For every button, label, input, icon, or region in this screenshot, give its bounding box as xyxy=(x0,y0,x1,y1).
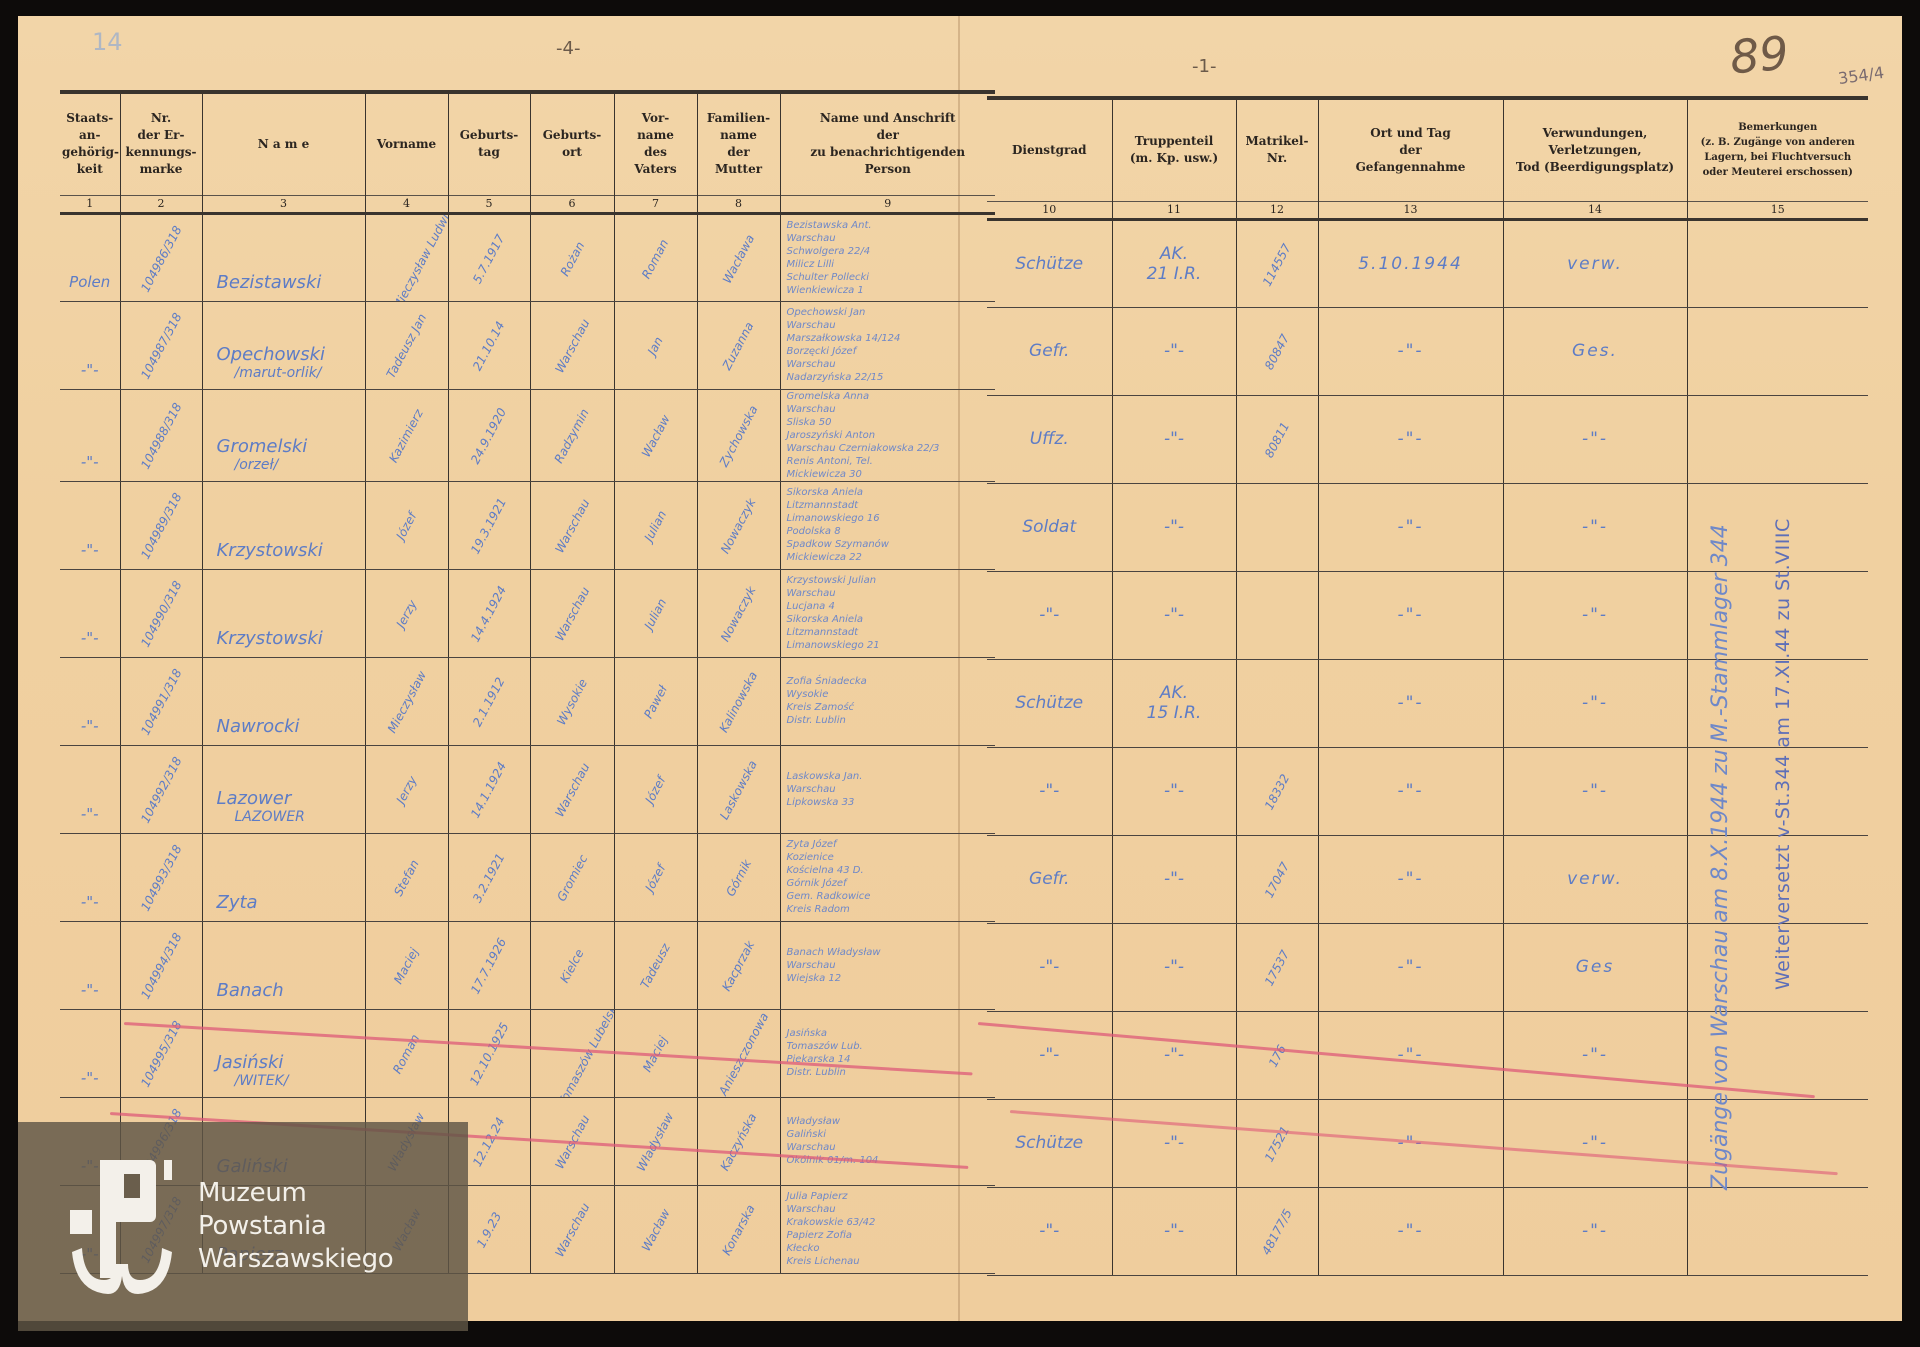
injury-value: Ges xyxy=(1576,957,1615,977)
unit-cell: -"- xyxy=(1112,395,1236,483)
matrikel-cell: 17537 xyxy=(1236,923,1318,1011)
column-header: Staats-an-gehörig-keit xyxy=(60,92,120,195)
column-number: 6 xyxy=(530,195,614,213)
rank-value: -"- xyxy=(1039,1045,1059,1065)
nationality-cell: -"- xyxy=(60,569,120,657)
tag-number-value: 104991/318 xyxy=(138,667,185,738)
contact-person-value: Bezistawska Ant.WarschauSchwolgera 22/4M… xyxy=(781,219,996,297)
rank-cell: Gefr. xyxy=(987,307,1112,395)
nationality-value: -"- xyxy=(60,541,120,559)
nationality-cell: -"- xyxy=(60,301,120,389)
tag-number-value: 104993/318 xyxy=(138,843,185,914)
column-header: Familien-namederMutter xyxy=(697,92,780,195)
injury-cell: Ges. xyxy=(1503,307,1687,395)
unit-value: -"- xyxy=(1113,1221,1236,1241)
capture-value: -"- xyxy=(1397,693,1423,713)
father-name-cell: Julian xyxy=(614,481,697,569)
table-row: -"-104987/318Opechowski/marut-orlik/Tade… xyxy=(60,301,995,389)
left-column-number-row: 123456789 xyxy=(60,195,995,213)
rank-value: -"- xyxy=(1039,605,1059,625)
unit-cell: -"- xyxy=(1112,835,1236,923)
nationality-cell: -"- xyxy=(60,481,120,569)
first-name-value: Tadeusz Jan xyxy=(384,311,430,380)
nationality-value: -"- xyxy=(60,717,120,735)
surname-cell: Gromelski/orzeł/ xyxy=(202,389,365,481)
column-header: Geburts-ort xyxy=(530,92,614,195)
father-name-cell: Józef xyxy=(614,745,697,833)
birth-date-value: 19.3.1921 xyxy=(468,496,509,557)
surname-cell: Jasiński/WITEK/ xyxy=(202,1009,365,1097)
surname-value: Jasiński/WITEK/ xyxy=(217,1052,289,1089)
remarks-cell xyxy=(1687,747,1868,835)
column-header: Ort und TagderGefangennahme xyxy=(1318,98,1503,201)
archive-number: 89 xyxy=(1728,26,1791,85)
table-row: Uffz.-"-80811-"--"- xyxy=(987,395,1868,483)
first-name-value: Józef xyxy=(394,510,420,542)
right-page-number: -1- xyxy=(1192,56,1216,77)
column-header: Nr.der Er-kennungs-marke xyxy=(120,92,202,195)
nationality-value: -"- xyxy=(60,805,120,823)
birth-date-value: 5.7.1917 xyxy=(470,232,507,286)
mother-name-value: Górnik xyxy=(723,857,754,898)
unit-value: -"- xyxy=(1113,429,1236,449)
unit-value: -"- xyxy=(1113,1133,1236,1153)
capture-value: -"- xyxy=(1397,517,1423,537)
birth-date-cell: 19.3.1921 xyxy=(448,481,530,569)
matrikel-cell: 80811 xyxy=(1236,395,1318,483)
surname-value: Zyta xyxy=(217,892,258,913)
watermark-line-3: Warszawskiego xyxy=(198,1243,393,1276)
mother-name-cell: Nowaczyk xyxy=(697,481,780,569)
surname-alias: /orzeł/ xyxy=(235,457,308,473)
unit-cell: AK.15 I.R. xyxy=(1112,659,1236,747)
injury-value: -"- xyxy=(1582,781,1608,801)
contact-person-value: Laskowska Jan.WarschauLipkowska 33 xyxy=(781,770,996,809)
unit-value: -"- xyxy=(1113,1045,1236,1065)
birth-place-value: Radzymin xyxy=(552,407,592,466)
first-name-cell: Kazimierz xyxy=(365,389,448,481)
birth-place-value: Warschau xyxy=(552,1201,592,1260)
unit-cell: -"- xyxy=(1112,571,1236,659)
unit-value: -"- xyxy=(1113,517,1236,537)
mother-name-value: Wacława xyxy=(720,232,757,285)
column-number: 11 xyxy=(1112,201,1236,219)
column-header: Matrikel-Nr. xyxy=(1236,98,1318,201)
right-header-row: DienstgradTruppenteil(m. Kp. usw.)Matrik… xyxy=(987,98,1868,201)
injury-value: -"- xyxy=(1582,693,1608,713)
contact-person-value: Opechowski JanWarschauMarszałkowska 14/1… xyxy=(781,306,996,384)
matrikel-cell xyxy=(1236,483,1318,571)
birth-place-value: Rożan xyxy=(557,239,587,278)
mother-name-cell: Zuzanna xyxy=(697,301,780,389)
remarks-cell xyxy=(1687,923,1868,1011)
matrikel-cell: 80847 xyxy=(1236,307,1318,395)
capture-cell: -"- xyxy=(1318,835,1503,923)
table-row: -"-104995/318Jasiński/WITEK/Roman12.10.1… xyxy=(60,1009,995,1097)
contact-person-value: Gromelska AnnaWarschauSliska 50Jaroszyńs… xyxy=(781,390,996,481)
birth-place-value: Kielce xyxy=(557,947,586,985)
injury-cell: verw. xyxy=(1503,835,1687,923)
nationality-cell: -"- xyxy=(60,745,120,833)
mother-name-value: Kacprzak xyxy=(720,939,758,994)
column-header: Truppenteil(m. Kp. usw.) xyxy=(1112,98,1236,201)
tag-number-value: 104990/318 xyxy=(138,579,185,650)
mother-name-cell: Kalinowska xyxy=(697,657,780,745)
contact-person-cell: Banach WładysławWarschauWiejska 12 xyxy=(780,921,995,1009)
injury-cell: -"- xyxy=(1503,659,1687,747)
contact-person-cell: Krzystowski JulianWarschauLucjana 4Sikor… xyxy=(780,569,995,657)
rank-value: Gefr. xyxy=(1029,869,1069,889)
injury-cell: -"- xyxy=(1503,1099,1687,1187)
contact-person-value: Julia PapierzWarschauKrakowskie 63/42Pap… xyxy=(781,1190,996,1268)
column-header: Verwundungen,Verletzungen,Tod (Beerdigun… xyxy=(1503,98,1687,201)
surname-value: LazowerLAZOWER xyxy=(217,788,305,825)
nationality-value: Polen xyxy=(60,273,120,291)
remarks-cell xyxy=(1687,483,1868,571)
tag-number-cell: 104991/318 xyxy=(120,657,202,745)
first-name-value: Jerzy xyxy=(393,774,419,806)
father-name-cell: Wacław xyxy=(614,1185,697,1273)
nationality-value: -"- xyxy=(60,1069,120,1087)
table-row: SchützeAK.21 I.R.1145575.10.1944verw. xyxy=(987,219,1868,307)
contact-person-cell: Bezistawska Ant.WarschauSchwolgera 22/4M… xyxy=(780,213,995,301)
surname-text: Krzystowski xyxy=(217,540,323,561)
nationality-value: -"- xyxy=(60,893,120,911)
father-name-cell: Julian xyxy=(614,569,697,657)
table-row: -"-104994/318BanachMaciej17.7.1926Kielce… xyxy=(60,921,995,1009)
contact-person-value: Zyta JózefKozieniceKościelna 43 D.Górnik… xyxy=(781,838,996,916)
tag-number-value: 104987/318 xyxy=(138,311,185,382)
father-name-value: Wacław xyxy=(639,1207,673,1254)
watermark-line-2: Powstania xyxy=(198,1210,393,1243)
birth-place-value: Warschau xyxy=(552,497,592,556)
unit-cell: -"- xyxy=(1112,483,1236,571)
rank-value: -"- xyxy=(1039,781,1059,801)
table-row: Polen104986/318BezistawskiMieczysław Lud… xyxy=(60,213,995,301)
table-row: Gefr.-"-17047-"-verw. xyxy=(987,835,1868,923)
injury-value: -"- xyxy=(1582,1133,1608,1153)
unit-value: -"- xyxy=(1113,605,1236,625)
surname-cell: Krzystowski xyxy=(202,569,365,657)
first-name-value: Mieczysław xyxy=(384,669,428,736)
rank-value: Schütze xyxy=(1015,693,1083,713)
first-name-cell: Stefan xyxy=(365,833,448,921)
unit-cell: -"- xyxy=(1112,307,1236,395)
mother-name-cell: Anieszczonowa xyxy=(697,1009,780,1097)
rank-cell: Uffz. xyxy=(987,395,1112,483)
contact-person-cell: Zofia ŚniadeckaWysokieKreis ZamośćDistr.… xyxy=(780,657,995,745)
birth-date-cell: 24.9.1920 xyxy=(448,389,530,481)
surname-value: Banach xyxy=(217,980,284,1001)
nationality-value: -"- xyxy=(60,453,120,471)
surname-alias: LAZOWER xyxy=(235,809,305,825)
first-name-cell: Maciej xyxy=(365,921,448,1009)
injury-value: -"- xyxy=(1582,517,1608,537)
rank-cell: -"- xyxy=(987,923,1112,1011)
column-header: Dienstgrad xyxy=(987,98,1112,201)
birth-date-cell: 17.7.1926 xyxy=(448,921,530,1009)
table-row: -"--"-17537-"-Ges xyxy=(987,923,1868,1011)
mother-name-value: Konarska xyxy=(719,1202,757,1257)
first-name-cell: Jerzy xyxy=(365,569,448,657)
column-number: 5 xyxy=(448,195,530,213)
unit-cell: -"- xyxy=(1112,1099,1236,1187)
mother-name-cell: Konarska xyxy=(697,1185,780,1273)
nationality-cell: -"- xyxy=(60,921,120,1009)
capture-value: 5.10.1944 xyxy=(1358,254,1463,274)
injury-value: verw. xyxy=(1567,869,1623,889)
matrikel-value: 17537 xyxy=(1262,948,1292,988)
remarks-cell xyxy=(1687,835,1868,923)
rank-cell: -"- xyxy=(987,571,1112,659)
remarks-cell xyxy=(1687,659,1868,747)
table-row: -"-104990/318KrzystowskiJerzy14.4.1924Wa… xyxy=(60,569,995,657)
remarks-cell xyxy=(1687,1099,1868,1187)
father-name-value: Tadeusz xyxy=(638,941,673,990)
mother-name-value: Nowaczyk xyxy=(718,496,759,556)
injury-cell: verw. xyxy=(1503,219,1687,307)
capture-cell: -"- xyxy=(1318,747,1503,835)
birth-date-cell: 2.1.1912 xyxy=(448,657,530,745)
surname-cell: Zyta xyxy=(202,833,365,921)
matrikel-value: 114557 xyxy=(1260,241,1294,288)
rank-value: Soldat xyxy=(1022,517,1076,537)
surname-cell: Opechowski/marut-orlik/ xyxy=(202,301,365,389)
museum-watermark: Muzeum Powstania Warszawskiego xyxy=(18,1122,468,1331)
contact-person-value: Krzystowski JulianWarschauLucjana 4Sikor… xyxy=(781,574,996,652)
left-page-number: -4- xyxy=(556,38,580,59)
column-number: 7 xyxy=(614,195,697,213)
matrikel-cell xyxy=(1236,571,1318,659)
birth-date-value: 12.10.1925 xyxy=(467,1020,512,1087)
birth-place-cell: Warschau xyxy=(530,301,614,389)
matrikel-value: 18332 xyxy=(1262,772,1292,812)
nationality-cell: -"- xyxy=(60,657,120,745)
unit-cell: -"- xyxy=(1112,1187,1236,1275)
surname-text: Gromelski xyxy=(217,436,308,457)
table-row: -"-104992/318LazowerLAZOWERJerzy14.1.192… xyxy=(60,745,995,833)
column-number: 15 xyxy=(1687,201,1868,219)
tag-number-value: 104992/318 xyxy=(138,755,185,826)
mother-name-cell: Wacława xyxy=(697,213,780,301)
birth-date-value: 3.2.1921 xyxy=(470,851,507,905)
father-name-cell: Paweł xyxy=(614,657,697,745)
surname-alias: /marut-orlik/ xyxy=(235,365,326,381)
father-name-value: Władysław xyxy=(634,1110,677,1173)
birth-place-cell: Warschau xyxy=(530,481,614,569)
surname-value: Bezistawski xyxy=(217,272,322,293)
birth-place-value: Gromiec xyxy=(554,852,590,903)
matrikel-value: 80847 xyxy=(1262,332,1292,372)
remarks-cell xyxy=(1687,395,1868,483)
injury-cell: -"- xyxy=(1503,571,1687,659)
contact-person-cell: WładysławGalińskiWarschauOkólnik 01/m. 1… xyxy=(780,1097,995,1185)
table-row: -"-104989/318KrzystowskiJózef19.3.1921Wa… xyxy=(60,481,995,569)
first-name-value: Stefan xyxy=(391,858,422,899)
left-header-row: Staats-an-gehörig-keitNr.der Er-kennungs… xyxy=(60,92,995,195)
birth-place-cell: Radzymin xyxy=(530,389,614,481)
first-name-value: Maciej xyxy=(391,946,421,986)
remarks-cell xyxy=(1687,307,1868,395)
unit-cell: AK.21 I.R. xyxy=(1112,219,1236,307)
column-header: Vorname xyxy=(365,92,448,195)
tag-number-cell: 104992/318 xyxy=(120,745,202,833)
contact-person-value: Sikorska AnielaLitzmannstadtLimanowskieg… xyxy=(781,486,996,564)
birth-place-cell: Kielce xyxy=(530,921,614,1009)
surname-cell: LazowerLAZOWER xyxy=(202,745,365,833)
mother-name-cell: Laskowska xyxy=(697,745,780,833)
first-name-cell: Mieczysław xyxy=(365,657,448,745)
table-row: -"-104991/318NawrockiMieczysław2.1.1912W… xyxy=(60,657,995,745)
unit-cell: -"- xyxy=(1112,747,1236,835)
first-name-value: Kazimierz xyxy=(387,407,427,465)
surname-text: Banach xyxy=(217,980,284,1001)
mother-name-value: Kalinowska xyxy=(717,669,761,735)
remarks-cell xyxy=(1687,571,1868,659)
birth-date-value: 17.7.1926 xyxy=(468,936,509,997)
column-header: Name und Anschriftderzu benachrichtigend… xyxy=(780,92,995,195)
contact-person-cell: JasińskaTomaszów Lub.Piekarska 14Distr. … xyxy=(780,1009,995,1097)
surname-text: Opechowski xyxy=(217,344,326,365)
surname-cell: Nawrocki xyxy=(202,657,365,745)
injury-cell: Ges xyxy=(1503,923,1687,1011)
father-name-cell: Jan xyxy=(614,301,697,389)
surname-value: Krzystowski xyxy=(217,628,323,649)
matrikel-value: 17047 xyxy=(1262,860,1292,900)
birth-date-cell: 14.4.1924 xyxy=(448,569,530,657)
unit-value: -"- xyxy=(1113,341,1236,361)
first-name-cell: Jerzy xyxy=(365,745,448,833)
tag-number-value: 104988/318 xyxy=(138,401,185,472)
surname-cell: Banach xyxy=(202,921,365,1009)
surname-cell: Bezistawski xyxy=(202,213,365,301)
rank-cell: Schütze xyxy=(987,659,1112,747)
rank-cell: -"- xyxy=(987,1187,1112,1275)
column-number: 12 xyxy=(1236,201,1318,219)
injury-value: -"- xyxy=(1582,1045,1608,1065)
mother-name-value: Zuzanna xyxy=(720,320,757,373)
nationality-cell: -"- xyxy=(60,833,120,921)
nationality-cell: Polen xyxy=(60,213,120,301)
column-number: 14 xyxy=(1503,201,1687,219)
rank-cell: Gefr. xyxy=(987,835,1112,923)
birth-place-value: Wysokie xyxy=(554,677,590,728)
watermark-line-1: Muzeum xyxy=(198,1177,393,1210)
injury-cell: -"- xyxy=(1503,395,1687,483)
capture-value: -"- xyxy=(1397,429,1423,449)
table-row: Gefr.-"-80847-"-Ges. xyxy=(987,307,1868,395)
unit-value: -"- xyxy=(1113,957,1236,977)
mother-name-cell: Zychowska xyxy=(697,389,780,481)
column-number: 3 xyxy=(202,195,365,213)
father-name-value: Julian xyxy=(642,596,670,632)
tag-number-value: 104995/318 xyxy=(138,1019,185,1090)
left-register-table: Staats-an-gehörig-keitNr.der Er-kennungs… xyxy=(60,90,995,1274)
birth-place-cell: Warschau xyxy=(530,745,614,833)
mother-name-value: Zychowska xyxy=(717,403,761,469)
matrikel-cell: 114557 xyxy=(1236,219,1318,307)
column-number: 10 xyxy=(987,201,1112,219)
birth-date-value: 14.1.1924 xyxy=(468,760,509,821)
capture-cell: 5.10.1944 xyxy=(1318,219,1503,307)
father-name-cell: Władysław xyxy=(614,1097,697,1185)
tag-number-cell: 104990/318 xyxy=(120,569,202,657)
capture-value: -"- xyxy=(1397,1221,1423,1241)
birth-place-value: Warschau xyxy=(552,761,592,820)
corner-pencil-mark: 14 xyxy=(92,28,123,56)
birth-place-cell: Warschau xyxy=(530,569,614,657)
table-row: -"--"--"--"- xyxy=(987,571,1868,659)
capture-cell: -"- xyxy=(1318,571,1503,659)
capture-value: -"- xyxy=(1397,869,1423,889)
birth-date-value: 21.10.14 xyxy=(470,319,507,373)
birth-place-value: Warschau xyxy=(552,585,592,644)
father-name-value: Wacław xyxy=(639,413,673,460)
tag-number-value: 104994/318 xyxy=(138,931,185,1002)
column-header: Vor-namedesVaters xyxy=(614,92,697,195)
matrikel-cell: 18332 xyxy=(1236,747,1318,835)
injury-cell: -"- xyxy=(1503,1011,1687,1099)
surname-cell: Krzystowski xyxy=(202,481,365,569)
column-header: Geburts-tag xyxy=(448,92,530,195)
column-number: 8 xyxy=(697,195,780,213)
father-name-cell: Wacław xyxy=(614,389,697,481)
contact-person-cell: Laskowska Jan.WarschauLipkowska 33 xyxy=(780,745,995,833)
nationality-value: -"- xyxy=(60,361,120,379)
birth-date-value: 2.1.1912 xyxy=(470,675,507,729)
remarks-cell xyxy=(1687,219,1868,307)
surname-text: Lazower xyxy=(217,788,292,809)
contact-person-cell: Opechowski JanWarschauMarszałkowska 14/1… xyxy=(780,301,995,389)
birth-date-value: 24.9.1920 xyxy=(468,406,509,467)
mother-name-value: Kaczyńska xyxy=(718,1111,760,1173)
injury-cell: -"- xyxy=(1503,1187,1687,1275)
right-column-number-row: 101112131415 xyxy=(987,201,1868,219)
first-name-cell: Tadeusz Jan xyxy=(365,301,448,389)
matrikel-value: 48177/5 xyxy=(1259,1207,1295,1258)
first-name-cell: Roman xyxy=(365,1009,448,1097)
matrikel-cell: 17047 xyxy=(1236,835,1318,923)
father-name-cell: Józef xyxy=(614,833,697,921)
capture-value: -"- xyxy=(1397,341,1423,361)
nationality-cell: -"- xyxy=(60,1009,120,1097)
surname-text: Krzystowski xyxy=(217,628,323,649)
birth-date-cell: 3.2.1921 xyxy=(448,833,530,921)
injury-cell: -"- xyxy=(1503,747,1687,835)
column-number: 1 xyxy=(60,195,120,213)
surname-text: Jasiński xyxy=(217,1052,284,1073)
column-header: N a m e xyxy=(202,92,365,195)
column-number: 9 xyxy=(780,195,995,213)
contact-person-value: Banach WładysławWarschauWiejska 12 xyxy=(781,946,996,985)
unit-cell: -"- xyxy=(1112,1011,1236,1099)
injury-value: -"- xyxy=(1582,1221,1608,1241)
father-name-cell: Roman xyxy=(614,213,697,301)
rank-cell: Schütze xyxy=(987,219,1112,307)
capture-cell: -"- xyxy=(1318,923,1503,1011)
injury-value: verw. xyxy=(1567,254,1623,274)
contact-person-cell: Julia PapierzWarschauKrakowskie 63/42Pap… xyxy=(780,1185,995,1273)
capture-cell: -"- xyxy=(1318,395,1503,483)
surname-value: Gromelski/orzeł/ xyxy=(217,436,308,473)
contact-person-value: Zofia ŚniadeckaWysokieKreis ZamośćDistr.… xyxy=(781,675,996,727)
rank-value: Uffz. xyxy=(1030,429,1069,449)
unit-value: AK.21 I.R. xyxy=(1113,244,1236,284)
table-row: -"--"-176-"--"- xyxy=(987,1011,1868,1099)
injury-cell: -"- xyxy=(1503,483,1687,571)
capture-cell: -"- xyxy=(1318,307,1503,395)
father-name-value: Julian xyxy=(642,508,670,544)
